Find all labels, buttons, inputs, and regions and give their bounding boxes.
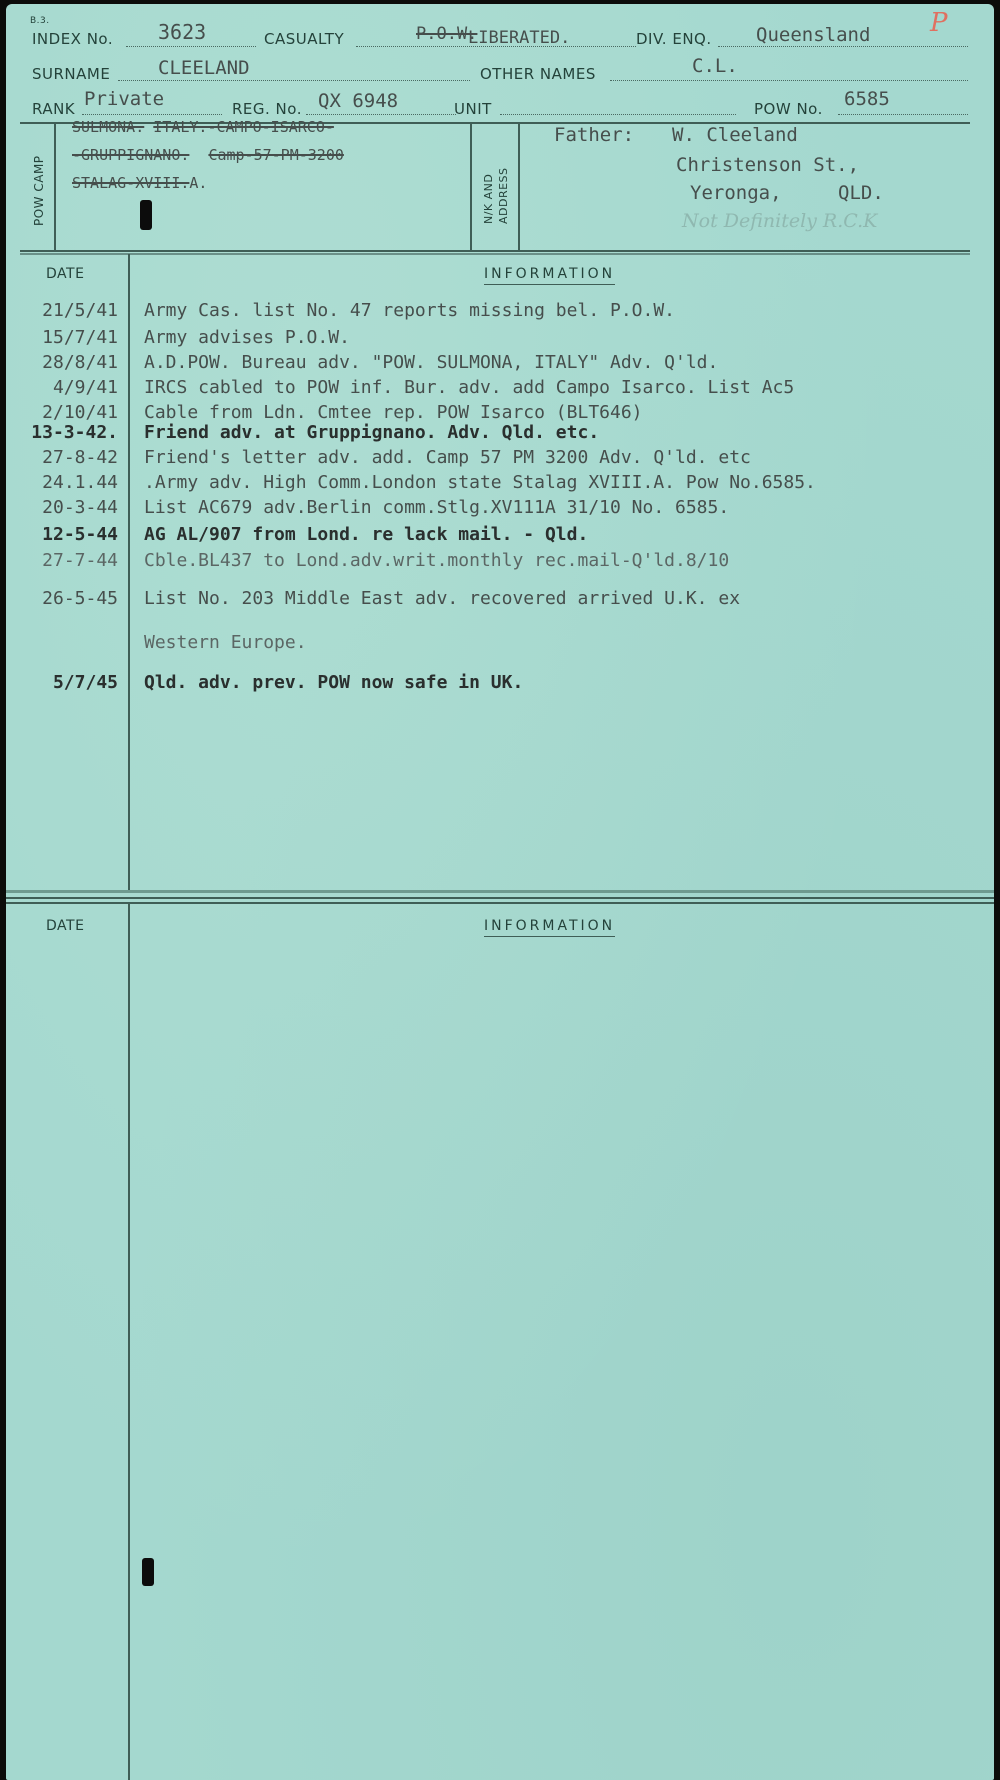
entry-text: Army Cas. list No. 47 reports missing be… — [144, 300, 675, 321]
entry-text: Friend adv. at Gruppignano. Adv. Qld. et… — [144, 422, 599, 443]
date-header-lower: DATE — [46, 918, 84, 934]
pow-camp-line-2: -GRUPPIGNANO. Camp-57-PM-3200 — [72, 146, 344, 164]
entry-date: 21/5/41 — [6, 300, 118, 321]
unit-label: UNIT — [454, 100, 492, 118]
nk-label-2: ADDRESS — [497, 167, 510, 224]
entry-date: 13-3-42. — [6, 422, 118, 443]
nk-name: W. Cleeland — [672, 124, 798, 146]
pow-camp-line-3: STALAG-XVIII.A. — [72, 174, 207, 192]
div-enq-value: Queensland — [756, 24, 870, 46]
entry-date: 27-7-44 — [6, 550, 118, 571]
punch-hole-upper — [140, 200, 152, 230]
nk-label-1: N/K AND — [482, 174, 495, 224]
pow-camp-line-1: SULMONA. ITALY.-CAMPO-ISARCO- — [72, 118, 334, 136]
entry-date: 20-3-44 — [6, 497, 118, 518]
entry-date: 15/7/41 — [6, 327, 118, 348]
pow-no-label: POW No. — [754, 100, 823, 118]
pow-index-card: B.3. INDEX No. 3623 CASUALTY P.O.W. LIBE… — [6, 4, 994, 1780]
surname-label: SURNAME — [32, 65, 110, 83]
div-enq-label: DIV. ENQ. — [636, 30, 712, 48]
entry-date: 5/7/45 — [6, 672, 118, 693]
casualty-value: LIBERATED. — [468, 28, 570, 48]
other-names-value: C.L. — [692, 55, 738, 77]
entry-text: Qld. adv. prev. POW now safe in UK. — [144, 672, 523, 693]
reg-no-label: REG. No. — [232, 100, 302, 118]
punch-hole-lower — [142, 1558, 154, 1586]
pow-camp-label: POW CAMP — [32, 155, 46, 226]
entry-text: List AC679 adv.Berlin comm.Stlg.XV111A 3… — [144, 497, 729, 518]
entry-text: A.D.POW. Bureau adv. "POW. SULMONA, ITAL… — [144, 352, 718, 373]
entry-text: Friend's letter adv. add. Camp 57 PM 320… — [144, 447, 751, 468]
information-header-lower: INFORMATION — [484, 918, 615, 937]
entry-date: 26-5-45 — [6, 588, 118, 609]
entry-text: Western Europe. — [144, 632, 307, 653]
entry-date: 4/9/41 — [6, 377, 118, 398]
pow-no-value: 6585 — [844, 88, 890, 110]
index-no-label: INDEX No. — [32, 30, 113, 48]
entry-date: 27-8-42 — [6, 447, 118, 468]
casualty-label: CASUALTY — [264, 30, 344, 48]
reg-no-value: QX 6948 — [318, 90, 398, 112]
other-names-label: OTHER NAMES — [480, 65, 596, 83]
entry-date: 2/10/41 — [6, 402, 118, 423]
pencil-note: Not Definitely R.C.K — [682, 210, 877, 232]
entry-date: 28/8/41 — [6, 352, 118, 373]
entry-text: Cble.BL437 to Lond.adv.writ.monthly rec.… — [144, 550, 729, 571]
information-header-upper: INFORMATION — [484, 266, 615, 285]
entry-text: Army advises P.O.W. — [144, 327, 350, 348]
entry-text: IRCS cabled to POW inf. Bur. adv. add Ca… — [144, 377, 794, 398]
nk-town: Yeronga, — [690, 182, 782, 204]
index-no-value: 3623 — [158, 20, 206, 44]
nk-state: QLD. — [838, 182, 884, 204]
entry-date: 24.1.44 — [6, 472, 118, 493]
nk-relation: Father: — [554, 124, 634, 146]
entry-date: 12-5-44 — [6, 524, 118, 545]
rank-label: RANK — [32, 100, 75, 118]
form-code: B.3. — [30, 16, 50, 26]
rank-value: Private — [84, 88, 164, 110]
red-pencil-mark: P — [930, 8, 948, 38]
nk-street: Christenson St., — [676, 154, 859, 176]
entry-text: .Army adv. High Comm.London state Stalag… — [144, 472, 816, 493]
entry-text: Cable from Ldn. Cmtee rep. POW Isarco (B… — [144, 402, 643, 423]
date-header-upper: DATE — [46, 266, 84, 282]
surname-value: CLEELAND — [158, 57, 250, 79]
entry-text: List No. 203 Middle East adv. recovered … — [144, 588, 740, 609]
entry-text: AG AL/907 from Lond. re lack mail. - Qld… — [144, 524, 588, 545]
